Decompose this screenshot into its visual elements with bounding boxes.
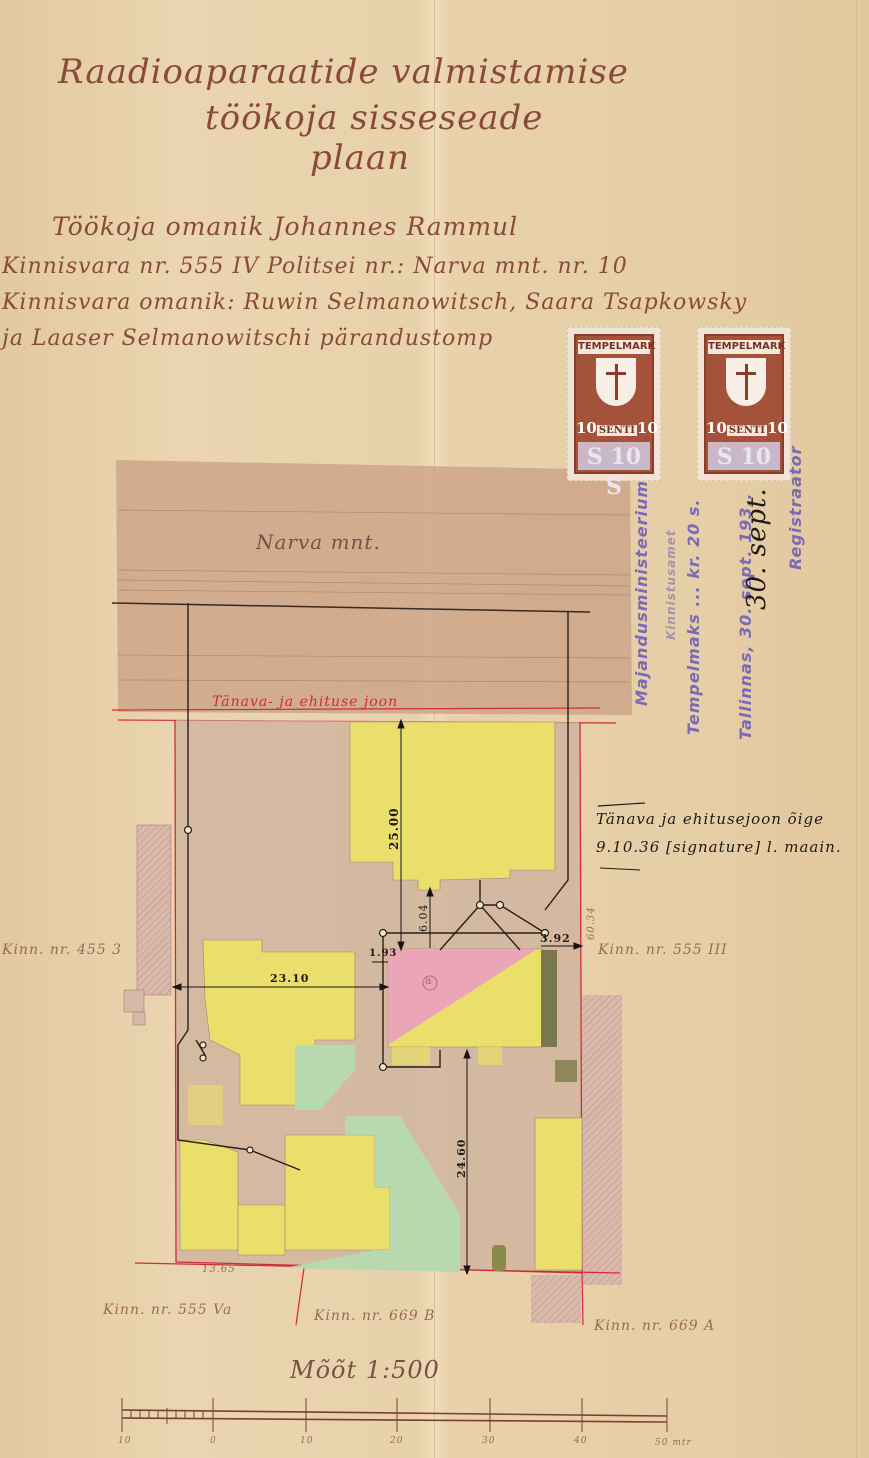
stamp-value: 10SENTI10 xyxy=(576,418,652,438)
handwritten-date: 30. sept. xyxy=(742,487,772,610)
neighbor-bottom-mid-label: Kinn. nr. 669 B xyxy=(314,1308,435,1324)
dimension-24-60: 24.60 xyxy=(455,1139,468,1178)
dimension-1-93: 1.93 xyxy=(369,948,397,959)
revenue-stamp-1: TEMPELMARK 10SENTI10 S 10 S xyxy=(567,327,661,481)
stamp-overprint: S 10 S xyxy=(578,442,650,470)
dimension-60-34: 60.34 xyxy=(586,906,597,940)
building-line-label: Tänava- ja ehituse joon xyxy=(212,694,398,710)
stamp-header: TEMPELMARK xyxy=(708,340,780,354)
stamp-value: 10SENTI10 xyxy=(706,418,782,438)
neighbor-left-label: Kinn. nr. 455 3 xyxy=(2,942,122,958)
dimension-23-10: 23.10 xyxy=(270,972,309,985)
neighbor-bottom-left-label: Kinn. nr. 555 Va xyxy=(103,1302,232,1318)
shield-cross-icon xyxy=(726,358,766,406)
registration-line-3: Tempelmaks ... kr. 20 s. xyxy=(684,498,703,735)
dimension-6-04: 6.04 xyxy=(417,904,430,933)
dimension-13-65: 13.65 xyxy=(202,1264,236,1275)
scale-tick-label: 30 xyxy=(482,1436,495,1446)
scale-tick-label: 10 xyxy=(118,1436,131,1446)
scale-tick-label: 40 xyxy=(574,1436,587,1446)
scale-title: Mõõt 1:500 xyxy=(290,1356,440,1384)
revenue-stamp-2: TEMPELMARK 10SENTI10 S 10 xyxy=(697,327,791,481)
annotation-line-2: 9.10.36 [signature] l. maain. xyxy=(596,838,842,856)
stamp-overprint: S 10 xyxy=(708,442,780,470)
dimension-3-92: 3.92 xyxy=(540,932,571,945)
scale-tick-label: 20 xyxy=(390,1436,403,1446)
neighbor-right-label: Kinn. nr. 555 III xyxy=(598,942,728,958)
registration-signature-label: Registraator xyxy=(786,446,805,571)
scale-tick-label: 0 xyxy=(210,1436,217,1446)
shield-cross-icon xyxy=(596,358,636,406)
scale-tick-label: 10 xyxy=(300,1436,313,1446)
neighbor-bottom-right-label: Kinn. nr. 669 A xyxy=(594,1318,715,1334)
street-label: Narva mnt. xyxy=(256,530,381,554)
dimension-25-00: 25.00 xyxy=(387,807,401,850)
street-area xyxy=(116,460,632,715)
building-mark: a xyxy=(425,974,433,987)
registration-line-2: Kinnistusamet xyxy=(664,529,678,640)
annotation-line-1: Tänava ja ehitusejoon õige xyxy=(596,810,824,828)
registration-line-1: Majandusministeerium xyxy=(632,480,651,706)
stamp-header: TEMPELMARK xyxy=(578,340,650,354)
scale-tick-label: 50 mtr xyxy=(655,1438,692,1448)
